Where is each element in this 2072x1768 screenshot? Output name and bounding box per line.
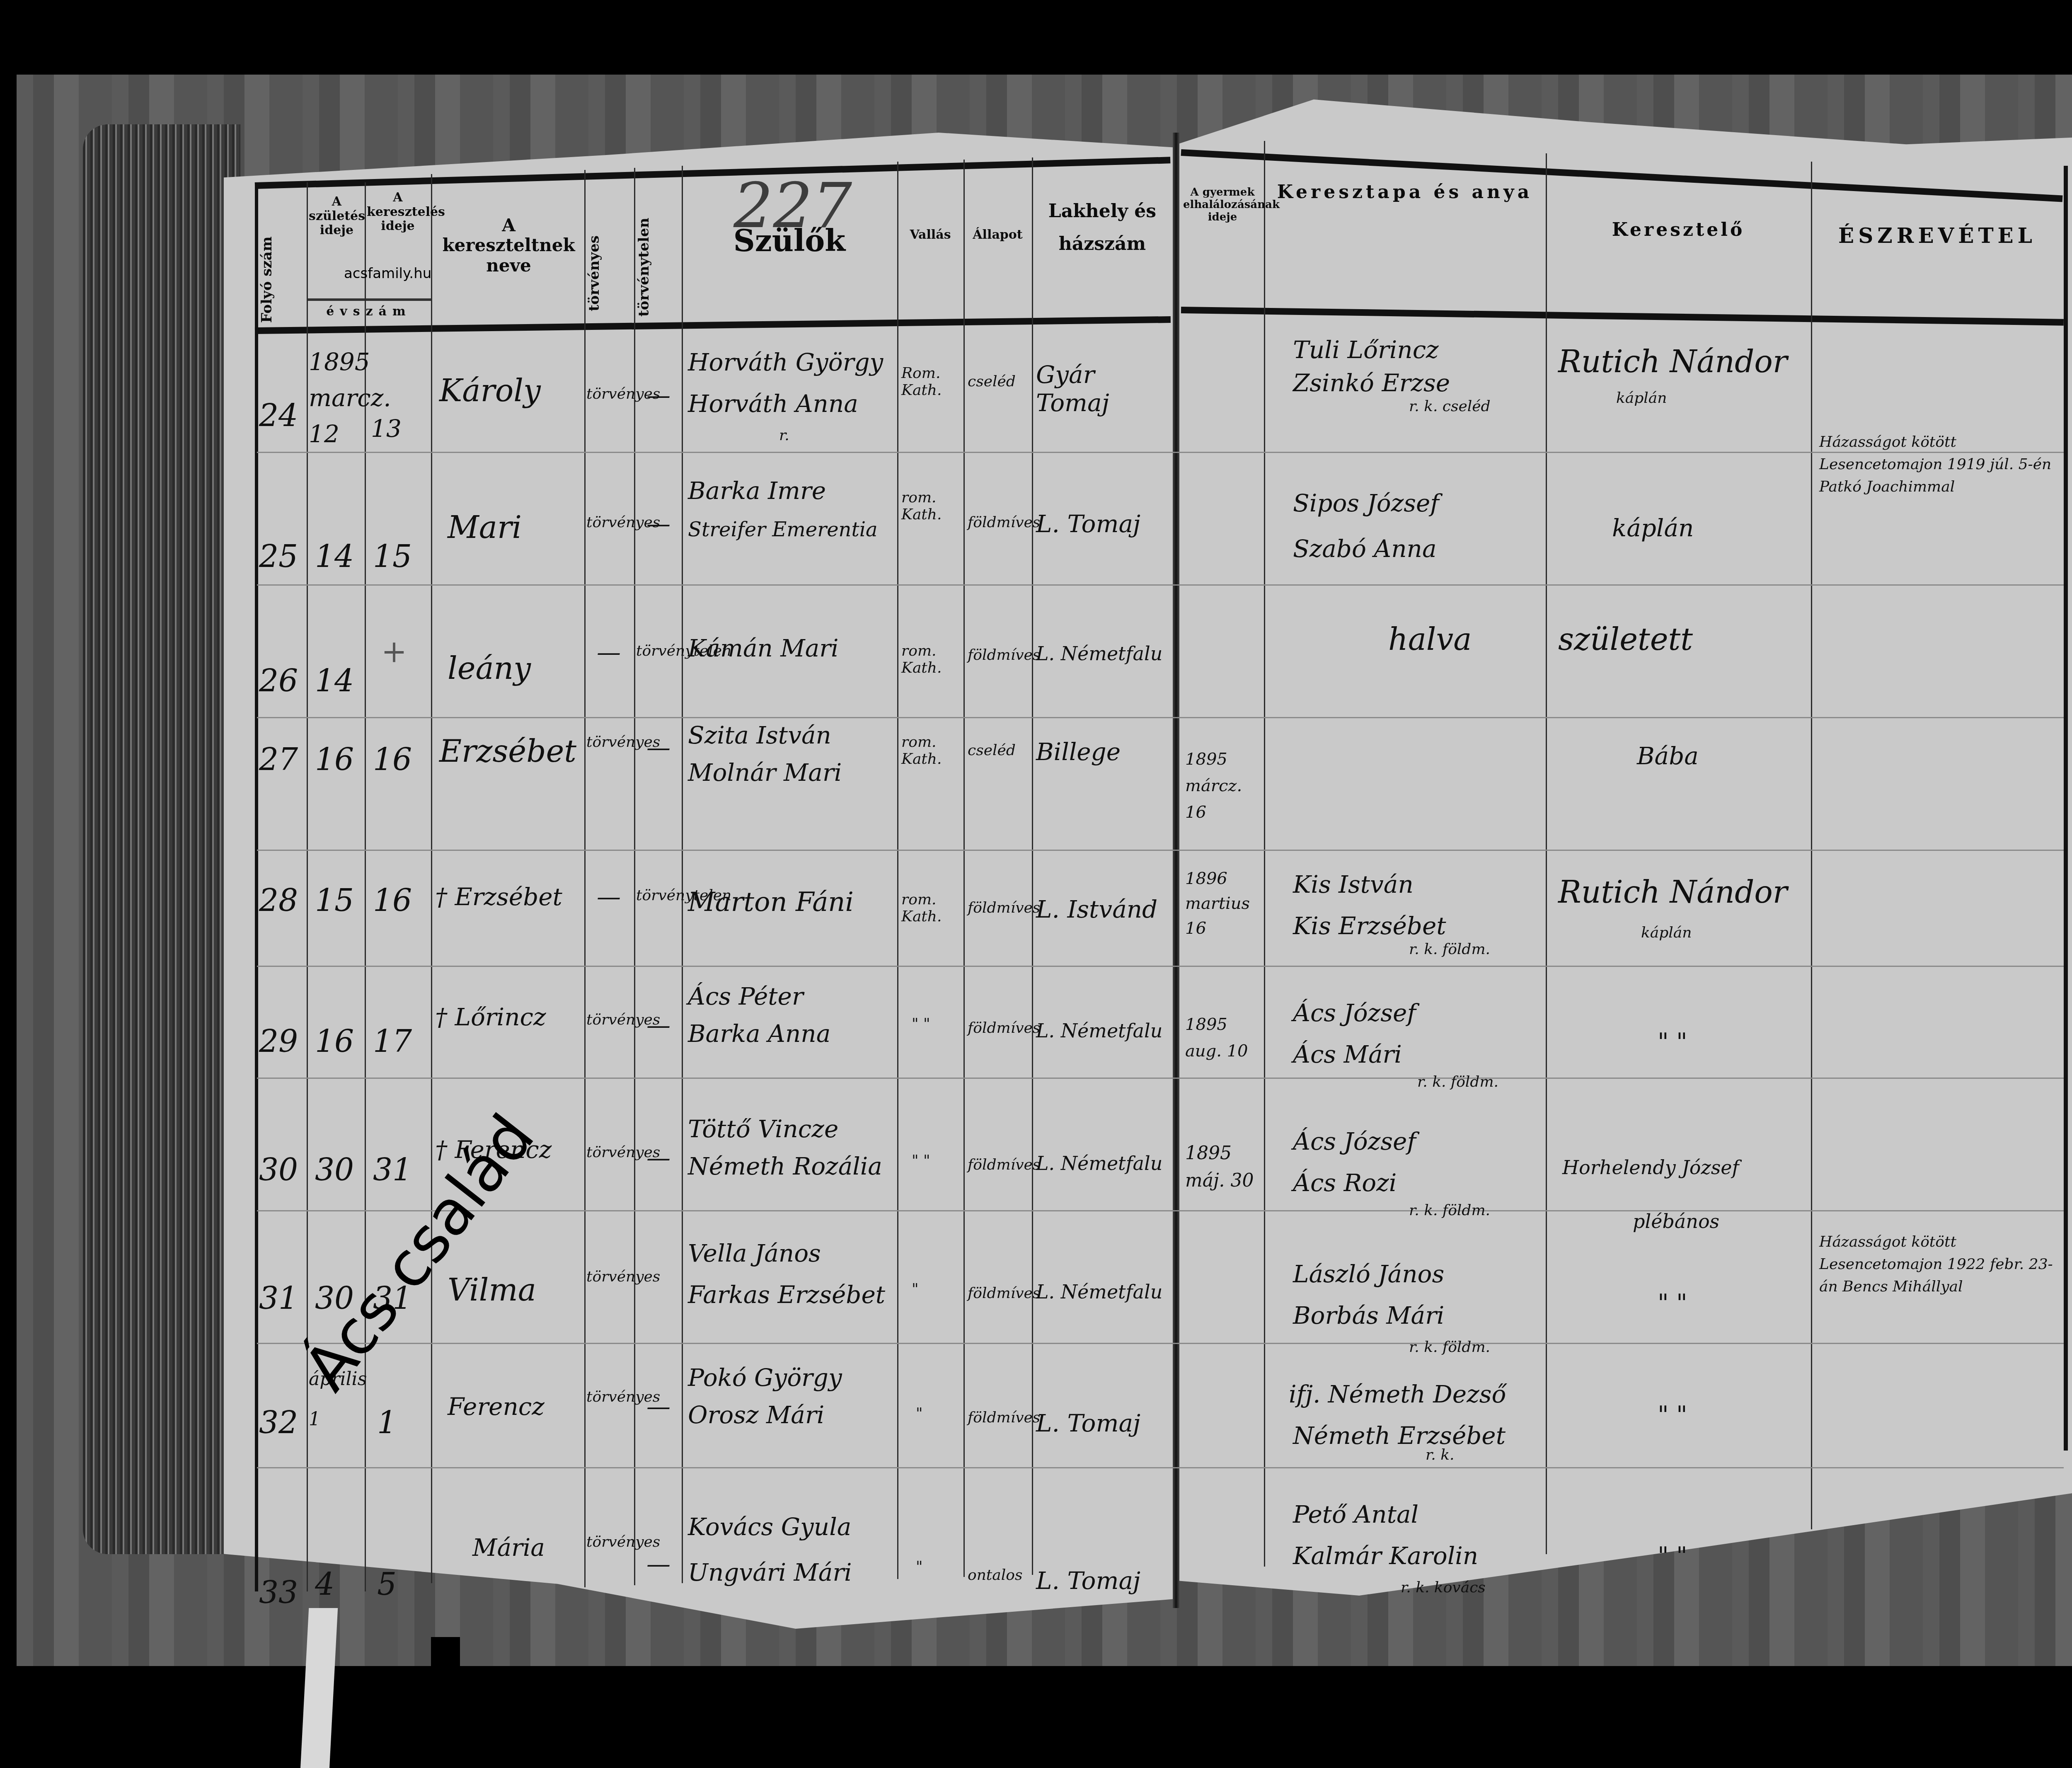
entry-26-religion: rom. Kath. [901, 642, 959, 676]
entry-28-birth: 15 [315, 883, 354, 918]
entry-32-illegitimate: — [646, 1393, 670, 1421]
entry-26-baptizer-szuletett: született [1558, 622, 1693, 657]
entry-33-father: Kovács Gyula [688, 1513, 851, 1541]
row-divider [257, 1343, 2064, 1344]
entry-30-baptizer-title: plébános [1633, 1210, 1719, 1233]
entry-26-status: földmíves [968, 647, 1040, 664]
left-page-border [255, 182, 258, 1591]
entry-30-religion: " " [912, 1152, 930, 1169]
entry-31-godfather: László János [1293, 1260, 1444, 1288]
row-divider [257, 717, 2064, 718]
entry-32-godfather: ifj. Németh Dezső [1289, 1380, 1506, 1408]
entry-31-mother: Farkas Erzsébet [688, 1281, 885, 1309]
entry-29-religion: " " [912, 1015, 930, 1032]
entry-27-religion: rom. Kath. [901, 734, 959, 768]
entry-30-status: földmíves [968, 1156, 1040, 1173]
entry-27-residence: Billege [1036, 738, 1121, 766]
entry-24-name: Károly [439, 373, 541, 409]
entry-26-residence: L. Németfalu [1036, 642, 1162, 665]
entry-28-death: 1896 martius 16 [1185, 866, 1260, 941]
entry-31-legitimate: törvényes [586, 1268, 660, 1285]
col-divider [1032, 157, 1033, 1575]
entry-24-godparent-note: r. k. cseléd [1409, 398, 1491, 415]
entry-28-baptizer-title: káplán [1641, 924, 1692, 941]
entry-32-name: Ferencz [448, 1393, 545, 1421]
entry-29-godparent-note: r. k. földm. [1417, 1073, 1498, 1090]
entry-24-father: Horváth György [688, 348, 883, 376]
header-keresztszulok: Keresztapa és anya [1268, 174, 1542, 211]
entry-33-mother: Ungvári Mári [688, 1558, 852, 1586]
entry-29-illegitimate: — [646, 1011, 670, 1039]
header-keresztelo: Keresztelő [1550, 220, 1807, 241]
evszam-divider [307, 298, 431, 301]
entry-27-birth: 16 [315, 742, 354, 777]
entry-26-legitimate: — [597, 638, 621, 666]
site-watermark: acsfamily.hu [344, 265, 431, 282]
entry-30-godmother: Ács Rozi [1293, 1169, 1397, 1197]
entry-26-name: leány [448, 651, 531, 686]
col-divider [682, 166, 683, 1583]
entry-30-baptizer: Horhelendy József [1562, 1156, 1739, 1179]
entry-32-father: Pokó György [688, 1364, 842, 1392]
entry-29-godmother: Ács Mári [1293, 1040, 1402, 1068]
entry-31-remark: Házasságot kötött Lesencetomajon 1922 fe… [1819, 1231, 2055, 1298]
entry-32-godmother: Németh Erzsébet [1293, 1422, 1506, 1450]
entry-30-death: 1895 máj. 30 [1185, 1140, 1260, 1194]
row-divider [257, 1467, 2064, 1468]
col-divider [431, 174, 432, 1583]
entry-29-residence: L. Németfalu [1036, 1020, 1162, 1042]
entry-25-number: 25 [259, 539, 298, 574]
entry-30-birth: 30 [315, 1152, 354, 1188]
entry-29-death: 1895 aug. 10 [1185, 1011, 1260, 1064]
entry-30-mother: Németh Rozália [688, 1152, 882, 1180]
book-clasp [431, 1637, 460, 1761]
entry-24-baptizer: Rutich Nándor [1558, 344, 1787, 380]
entry-30-residence: L. Németfalu [1036, 1152, 1162, 1175]
entry-24-godmother: Zsinkó Erzse [1293, 369, 1450, 397]
entry-33-godmother: Kalmár Karolin [1293, 1542, 1478, 1570]
entry-31-baptizer-ditto: " " [1658, 1289, 1687, 1317]
entry-28-godparent-note: r. k. földm. [1409, 941, 1490, 958]
entry-30-father: Töttő Vincze [688, 1115, 838, 1143]
entry-29-name: † Lőrincz [435, 1003, 546, 1031]
entry-28-status: földmíves [968, 899, 1040, 916]
entry-28-legitimate: — [597, 883, 621, 911]
entry-27-mother: Molnár Mari [688, 758, 842, 787]
entry-28-godmother: Kis Erzsébet [1293, 912, 1446, 940]
col-divider [1546, 153, 1547, 1554]
entry-33-residence: L. Tomaj [1036, 1567, 1140, 1595]
row-divider [257, 1078, 2064, 1079]
header-szuletes-ideje: A születés ideje [309, 195, 365, 238]
entry-28-residence: L. Istvánd [1036, 895, 1157, 923]
entry-24-godfather: Tuli Lőrincz [1293, 336, 1439, 364]
entry-33-godparent-note: r. k. kovács [1401, 1579, 1486, 1596]
entry-33-number: 33 [259, 1575, 298, 1611]
entry-31-godmother: Borbás Mári [1293, 1301, 1444, 1330]
entry-33-religion: " [916, 1558, 923, 1575]
col-divider [1811, 162, 1812, 1529]
entry-25-godfather: Sipos József [1293, 489, 1439, 517]
entry-32-godparent-note: r. k. [1426, 1446, 1454, 1463]
entry-28-number: 28 [259, 883, 298, 918]
entry-32-status: földmíves [968, 1409, 1040, 1426]
entry-24-religion: Rom. Kath. [901, 365, 959, 399]
right-page-border [2064, 166, 2068, 1451]
entry-32-residence: L. Tomaj [1036, 1409, 1140, 1437]
entry-25-father: Barka Imre [688, 477, 826, 505]
entry-33-legitimate: törvényes [586, 1533, 660, 1550]
entry-33-status: ontalos [968, 1567, 1022, 1584]
header-lakhely-hazszam: Lakhely és házszám [1034, 195, 1171, 260]
entry-28-baptizer: Rutich Nándor [1558, 874, 1787, 910]
header-allapot: Állapot [966, 228, 1030, 242]
entry-24-birth: 1895 marcz. 12 [309, 344, 429, 452]
entry-29-birth: 16 [315, 1024, 354, 1059]
col-divider [307, 182, 308, 1591]
entry-25-status: földmíves [968, 514, 1040, 531]
entry-25-baptism: 15 [373, 539, 412, 574]
entry-29-father: Ács Péter [688, 982, 804, 1010]
entry-33-birth: 4 [315, 1567, 334, 1602]
header-elhalalozas-ideje: A gyermek elhalálozásának ideje [1183, 186, 1262, 224]
entry-25-birth: 14 [315, 539, 354, 574]
entry-28-godfather: Kis István [1293, 870, 1414, 899]
entry-27-father: Szita István [688, 721, 831, 749]
entry-24-mother: Horváth Anna [688, 390, 858, 418]
col-divider [584, 170, 586, 1587]
entry-27-illegitimate: — [646, 734, 670, 762]
entry-25-illegitimate: — [646, 510, 670, 538]
entry-24-parents-note: r. [779, 427, 789, 444]
header-bottom-rule-right [1181, 307, 2064, 326]
entry-26-mother: Kámán Mari [688, 634, 839, 662]
entry-28-name: † Erzsébet [435, 883, 562, 911]
entry-32-mother: Orosz Mári [688, 1401, 824, 1429]
header-kereszteles-ideje: A keresztelés ideje [367, 191, 429, 234]
entry-30-godparent-note: r. k. földm. [1409, 1202, 1490, 1219]
entry-31-godparent-note: r. k. földm. [1409, 1339, 1490, 1356]
col-divider [963, 160, 965, 1577]
entry-27-baptism: 16 [373, 742, 412, 777]
entry-28-baptism: 16 [373, 883, 412, 918]
header-szulok: Szülők [684, 224, 895, 258]
entry-25-residence: L. Tomaj [1036, 510, 1140, 538]
entry-24-residence: Gyár Tomaj [1036, 361, 1169, 417]
entry-26-birth: 14 [315, 663, 354, 699]
entry-30-godfather: Ács József [1293, 1127, 1416, 1155]
entry-33-godfather: Pető Antal [1293, 1500, 1418, 1528]
entry-27-name: Erzsébet [439, 734, 576, 769]
row-divider [257, 966, 2064, 967]
entry-25-mother: Streifer Emerentia [688, 518, 878, 541]
entry-26-number: 26 [259, 663, 298, 699]
entry-24-baptizer-title: káplán [1616, 390, 1667, 407]
entry-27-baptizer: Bába [1637, 742, 1699, 770]
entry-31-number: 31 [259, 1281, 298, 1316]
entry-31-name: Vilma [448, 1272, 536, 1308]
row-divider [257, 1210, 2064, 1211]
row-divider [257, 584, 2064, 586]
header-eszrevetel: ÉSZREVÉTEL [1815, 224, 2060, 248]
entry-31-religion: " [912, 1281, 919, 1298]
entry-29-baptism: 17 [373, 1024, 412, 1059]
col-divider [1264, 141, 1265, 1567]
entry-24-status: cseléd [968, 373, 1016, 390]
entry-31-residence: L. Németfalu [1036, 1281, 1162, 1303]
entry-29-number: 29 [259, 1024, 298, 1059]
entry-26-baptism: + [381, 634, 407, 670]
entry-33-illegitimate: — [646, 1550, 670, 1578]
header-evszam: évszám [309, 305, 429, 319]
entry-33-baptizer-ditto: " " [1658, 1542, 1687, 1570]
entry-30-illegitimate: — [646, 1144, 670, 1172]
row-divider [257, 452, 2064, 453]
col-divider [897, 162, 898, 1579]
entry-33-name: Mária [472, 1533, 545, 1562]
entry-29-godfather: Ács József [1293, 999, 1416, 1027]
header-torvenytelen: törvénytelen [636, 216, 680, 319]
header-torvenyes: törvényes [586, 232, 632, 315]
entry-27-status: cseléd [968, 742, 1016, 759]
entry-31-father: Vella János [688, 1239, 821, 1267]
entry-32-number: 32 [259, 1405, 298, 1441]
entry-26-godparent-halva: halva [1388, 622, 1472, 657]
entry-29-status: földmíves [968, 1020, 1040, 1037]
entry-25-remark: Házasságot kötött Lesencetomajon 1919 jú… [1819, 431, 2055, 498]
entry-32-baptism: 1 [377, 1405, 397, 1441]
entry-30-baptism: 31 [373, 1152, 412, 1188]
header-folyo-szam: Folyó szám [259, 232, 305, 327]
entry-29-baptizer-ditto: " " [1658, 1028, 1687, 1056]
entry-33-baptism: 5 [377, 1567, 397, 1602]
header-vallas: Vallás [899, 228, 961, 242]
entry-24-number: 24 [259, 398, 298, 434]
entry-30-number: 30 [259, 1152, 298, 1188]
entry-28-religion: rom. Kath. [901, 891, 959, 925]
entry-32-baptizer-ditto: " " [1658, 1401, 1687, 1429]
col-divider [634, 168, 635, 1585]
entry-28-mother: Marton Fáni [688, 887, 854, 918]
entry-32-religion: " [916, 1405, 923, 1422]
entry-24-baptism: 13 [371, 414, 402, 443]
entry-25-name: Mari [448, 510, 522, 545]
header-keresztelt-neve: A kereszteltnek neve [435, 216, 582, 276]
entry-31-status: földmíves [968, 1285, 1040, 1302]
entry-29-mother: Barka Anna [688, 1020, 830, 1048]
entry-27-death: 1895 márcz. 16 [1185, 746, 1260, 826]
entry-24-illegitimate: — [646, 381, 670, 409]
entry-25-religion: rom. Kath. [901, 489, 959, 523]
entry-27-number: 27 [259, 742, 298, 777]
row-divider [257, 850, 2064, 851]
entry-25-godmother: Szabó Anna [1293, 535, 1437, 563]
entry-25-baptizer-title: káplán [1612, 514, 1694, 542]
